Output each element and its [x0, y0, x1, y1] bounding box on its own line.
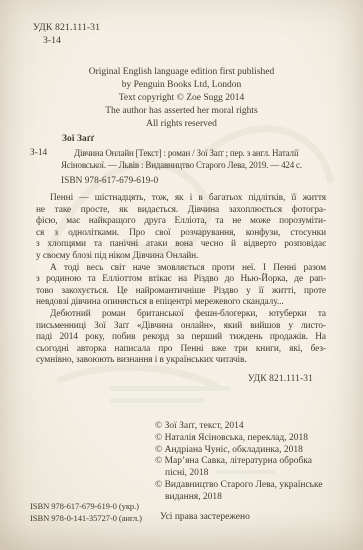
annotation-line: фією, має найкращого друга Елліота, та н…	[36, 216, 326, 228]
annotation-line: Пенні — шістнадцять, тож, як і в багатьо…	[36, 193, 326, 205]
catalog-author: Зої Заґґ	[62, 134, 94, 144]
copyright-entry: © Мар’яна Савка, літературна обробка	[155, 456, 355, 468]
copyright-entry: пісні, 2018	[155, 468, 355, 480]
english-edition-notice: Original English language edition first …	[0, 66, 363, 131]
annotation-line: сумнівно, завоюють визнання і в українсь…	[36, 355, 326, 367]
annotation-line: А тоді весь світ наче змовляється проти …	[36, 263, 326, 275]
annotation-line: з хлопцями та панічні атаки вона чесно й…	[36, 239, 326, 251]
copyright-entry: © Андріана Чуніс, обкладинка, 2018	[155, 445, 355, 457]
isbn-english: ISBN 978-0-141-35727-0 (англ.)	[30, 513, 142, 523]
copyright-list: © Зої Заґґ, текст, 2014© Наталія Ясіновс…	[155, 421, 355, 504]
catalog-entry-line: Ясіновської. — Львів : Видавництво Старо…	[61, 160, 302, 170]
copyright-entry: видання, 2018	[155, 492, 355, 504]
annotation-line: тово закохується. Це найромантичніше Різ…	[36, 286, 326, 298]
udk-classification-top: УДК 821.111-31	[33, 22, 100, 33]
catalog-isbn: ISBN 978-617-679-619-0	[61, 176, 158, 186]
rights-reserved-note: Усі права застережено	[160, 512, 250, 522]
english-notice-line: The author has asserted her moral rights	[0, 105, 363, 118]
english-notice-line: by Penguin Books Ltd, London	[0, 79, 363, 92]
catalog-author-code: З-14	[30, 148, 47, 158]
annotation-line: Дебютний роман британської фешн-блогерки…	[36, 309, 326, 321]
annotation-line: з родиною та Елліоттом втікає на Різдво …	[36, 274, 326, 286]
copyright-entry: © Зої Заґґ, текст, 2014	[155, 421, 355, 433]
udk-classification-bottom: УДК 821.111-31	[248, 374, 313, 384]
annotation-line: письменниці Зої Заґґ «Дівчина онлайн», я…	[36, 321, 326, 333]
annotation-line: сьогодні авторка написала про Пенні вже …	[36, 344, 326, 356]
catalog-entry-line: Дівчина Онлайн [Текст] : роман / Зої Заґ…	[74, 148, 298, 158]
english-notice-line: All rights reserved	[0, 118, 363, 131]
annotation-line: у своєму блозі під ніком Дівчина Онлайн.	[36, 251, 326, 263]
english-notice-line: Original English language edition first …	[0, 66, 363, 79]
annotation-line: паді 2014 року, побив рекорд за перший т…	[36, 332, 326, 344]
annotation-line: невдовзі дівчина опиняється в епіцентрі …	[36, 297, 326, 309]
copyright-entry: © Видавництво Старого Лева, українське	[155, 480, 355, 492]
english-notice-line: Text copyright © Zoe Sugg 2014	[0, 92, 363, 105]
book-imprint-page: УДК 821.111-31 З-14 Original English lan…	[0, 0, 363, 550]
copyright-entry: © Наталія Ясіновська, переклад, 2018	[155, 433, 355, 445]
annotation-line: не таке просте, як видається. Дівчина за…	[36, 205, 326, 217]
udk-author-code-top: З-14	[43, 35, 61, 46]
annotation-line: ся з однолітками. Про свої розчарування,…	[36, 228, 326, 240]
isbn-ukrainian: ISBN 978-617-679-619-0 (укр.)	[30, 501, 139, 511]
book-annotation: Пенні — шістнадцять, тож, як і в багатьо…	[36, 193, 326, 367]
